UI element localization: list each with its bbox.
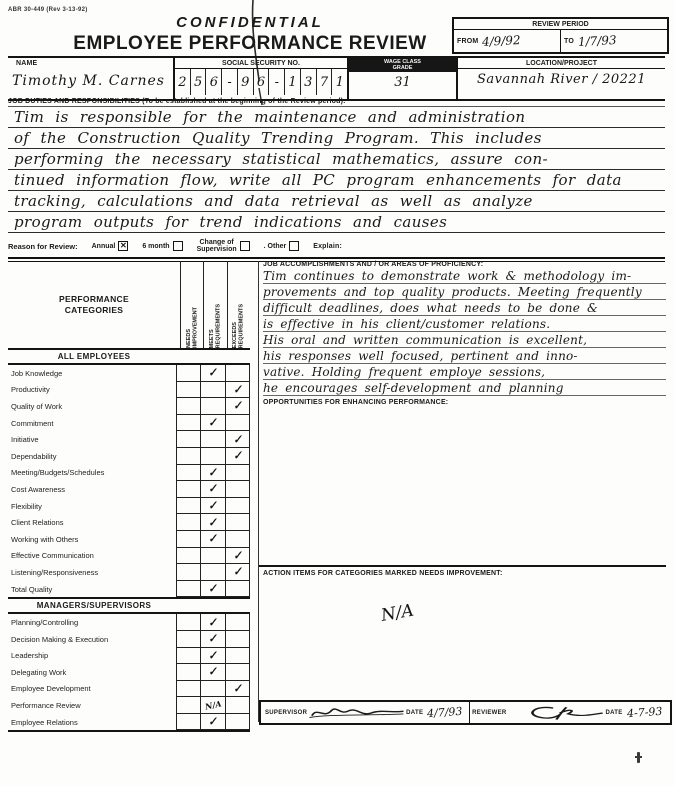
check-cell[interactable]: ✓ bbox=[200, 365, 224, 382]
check-cell[interactable]: ✓ bbox=[225, 398, 250, 415]
ssn-digit-box[interactable]: - bbox=[268, 69, 284, 95]
ssn-digit-box[interactable]: 7 bbox=[316, 69, 332, 95]
table-row: Planning/Controlling✓ bbox=[8, 614, 250, 631]
row-label: Client Relations bbox=[8, 514, 176, 531]
table-row: Job Knowledge✓ bbox=[8, 365, 250, 382]
check-cell[interactable]: ✓ bbox=[225, 431, 250, 448]
row-cells: ✓ bbox=[176, 514, 250, 531]
row-label: Cost Awareness bbox=[8, 481, 176, 498]
check-mark: ✓ bbox=[232, 565, 243, 579]
reason-option-label: . Other bbox=[264, 243, 287, 250]
row-cells: ✓ bbox=[176, 564, 250, 581]
reason-option-label: Change of Supervision bbox=[197, 239, 237, 253]
reason-checkbox[interactable] bbox=[240, 241, 250, 251]
check-mark: ✓ bbox=[208, 366, 219, 380]
reason-for-review-row: Reason for Review: Annual✕6 monthChange … bbox=[8, 236, 665, 256]
location-label: LOCATION/PROJECT bbox=[458, 58, 665, 69]
handwriting-line: His oral and written communication is ex… bbox=[263, 332, 666, 348]
reason-option-label: Annual bbox=[92, 243, 116, 250]
job-duties-section: JOB DUTIES AND RESPONSIBILITIES (To be e… bbox=[8, 98, 665, 233]
row-label: Listening/Responsiveness bbox=[8, 564, 176, 581]
row-cells: ✓ bbox=[176, 382, 250, 399]
check-mark: N/A bbox=[204, 698, 222, 711]
check-cell[interactable] bbox=[200, 564, 224, 581]
rating-column-header: EXCEEDS REQUIREMENTS bbox=[227, 261, 250, 348]
check-mark: ✓ bbox=[208, 648, 219, 662]
check-mark: ✓ bbox=[208, 615, 219, 629]
check-cell[interactable] bbox=[225, 531, 250, 548]
check-cell[interactable] bbox=[200, 548, 224, 565]
table-row: Decision Making & Execution✓ bbox=[8, 631, 250, 648]
identity-row: NAME Timothy M. Carnes SOCIAL SECURITY N… bbox=[8, 56, 665, 101]
row-label: Decision Making & Execution bbox=[8, 631, 176, 648]
check-cell[interactable] bbox=[176, 581, 200, 598]
rating-column-header-text: MEETS REQUIREMENTS bbox=[209, 302, 222, 348]
check-cell[interactable] bbox=[176, 714, 200, 731]
handwriting-line: vative. Holding frequent employe session… bbox=[263, 364, 666, 380]
check-cell[interactable] bbox=[225, 614, 250, 631]
row-label: Total Quality bbox=[8, 581, 176, 598]
table-row: Flexibility✓ bbox=[8, 498, 250, 515]
handwriting-line: program outputs for trend indications an… bbox=[8, 212, 665, 233]
name-label: NAME bbox=[16, 60, 37, 67]
check-cell[interactable]: ✓ bbox=[225, 681, 250, 698]
job-duties-label: JOB DUTIES AND RESPONSIBILITIES (To be e… bbox=[8, 98, 665, 107]
row-cells: ✓ bbox=[176, 365, 250, 382]
section-band: ALL EMPLOYEES bbox=[8, 348, 250, 365]
handwriting-line: provements and top quality products. Mee… bbox=[263, 284, 666, 300]
check-cell[interactable]: ✓ bbox=[200, 714, 224, 731]
name-value: Timothy M. Carnes bbox=[12, 73, 165, 89]
ssn-digit-box[interactable]: 6 bbox=[253, 69, 269, 95]
table-row: Initiative✓ bbox=[8, 431, 250, 448]
grade-field[interactable]: WAGE CLASS GRADE 31 bbox=[347, 58, 456, 99]
table-row: Effective Communication✓ bbox=[8, 548, 250, 565]
row-cells: ✓ bbox=[176, 614, 250, 631]
check-cell[interactable] bbox=[225, 514, 250, 531]
right-panel: JOB ACCOMPLISHMENTS AND / OR AREAS OF PR… bbox=[258, 261, 666, 722]
check-cell[interactable] bbox=[176, 614, 200, 631]
reason-option: Annual✕ bbox=[92, 241, 129, 251]
check-cell[interactable] bbox=[176, 697, 200, 714]
row-label: Delegating Work bbox=[8, 664, 176, 681]
check-mark: ✓ bbox=[232, 548, 243, 562]
supervisor-date-label: DATE bbox=[406, 710, 423, 716]
handwriting-line: difficult deadlines, does what needs to … bbox=[263, 300, 666, 316]
handwriting-line: Tim continues to demonstrate work & meth… bbox=[263, 268, 666, 284]
check-cell[interactable] bbox=[225, 415, 250, 432]
check-cell[interactable] bbox=[176, 481, 200, 498]
review-period-box: REVIEW PERIOD FROM 4/9/92 TO 1/7/93 bbox=[452, 17, 669, 54]
table-row: Performance ReviewN/A bbox=[8, 697, 250, 714]
row-cells: ✓ bbox=[176, 498, 250, 515]
check-cell[interactable] bbox=[176, 431, 200, 448]
check-cell[interactable]: ✓ bbox=[200, 481, 224, 498]
check-cell[interactable]: ✓ bbox=[200, 664, 224, 681]
review-period-to: TO 1/7/93 bbox=[560, 30, 667, 52]
check-cell[interactable]: ✓ bbox=[225, 382, 250, 399]
table-row: Employee Relations✓ bbox=[8, 714, 250, 731]
action-items-label: ACTION ITEMS FOR CATEGORIES MARKED NEEDS… bbox=[263, 570, 666, 577]
reason-checkbox[interactable] bbox=[173, 241, 183, 251]
check-cell[interactable] bbox=[176, 382, 200, 399]
check-mark: ✓ bbox=[208, 665, 219, 679]
check-cell[interactable]: ✓ bbox=[200, 581, 224, 598]
check-cell[interactable] bbox=[176, 398, 200, 415]
check-mark: ✓ bbox=[232, 382, 243, 396]
check-cell[interactable]: ✓ bbox=[200, 514, 224, 531]
check-cell[interactable] bbox=[176, 664, 200, 681]
row-label: Initiative bbox=[8, 431, 176, 448]
check-cell[interactable]: ✓ bbox=[200, 631, 224, 648]
check-cell[interactable] bbox=[176, 514, 200, 531]
section-band: MANAGERS/SUPERVISORS bbox=[8, 597, 250, 614]
ssn-digit-box[interactable]: 1 bbox=[284, 69, 300, 95]
table-row: Client Relations✓ bbox=[8, 514, 250, 531]
check-cell[interactable] bbox=[225, 648, 250, 665]
table-row: Cost Awareness✓ bbox=[8, 481, 250, 498]
form-number: ABR 30-449 (Rev 3-13-92) bbox=[8, 7, 88, 13]
name-field[interactable]: NAME Timothy M. Carnes bbox=[8, 58, 173, 99]
row-cells: ✓ bbox=[176, 465, 250, 482]
row-cells: N/A bbox=[176, 697, 250, 714]
check-mark: ✓ bbox=[208, 415, 219, 429]
title-block: CONFIDENTIAL EMPLOYEE PERFORMANCE REVIEW bbox=[55, 14, 445, 55]
explain-label: Explain: bbox=[313, 243, 342, 250]
check-cell[interactable]: ✓ bbox=[225, 448, 250, 465]
row-cells: ✓ bbox=[176, 398, 250, 415]
row-label: Quality of Work bbox=[8, 398, 176, 415]
table-row: Employee Development✓ bbox=[8, 681, 250, 698]
check-mark: ✓ bbox=[232, 432, 243, 446]
check-cell[interactable]: ✓ bbox=[200, 498, 224, 515]
check-cell[interactable]: ✓ bbox=[200, 465, 224, 482]
reason-option: Change of Supervision bbox=[197, 239, 250, 253]
check-cell[interactable] bbox=[225, 664, 250, 681]
check-cell[interactable] bbox=[176, 531, 200, 548]
check-cell[interactable] bbox=[176, 681, 200, 698]
performance-categories-table: PERFORMANCE CATEGORIES NEEDS IMPROVEMENT… bbox=[8, 261, 250, 732]
handwriting-line: his responses well focused, pertinent an… bbox=[263, 348, 666, 364]
check-cell[interactable] bbox=[225, 714, 250, 731]
check-cell[interactable]: ✓ bbox=[200, 614, 224, 631]
row-cells: ✓ bbox=[176, 648, 250, 665]
check-cell[interactable] bbox=[176, 564, 200, 581]
rating-column-header-text: NEEDS IMPROVEMENT bbox=[186, 305, 199, 348]
ssn-digit-box[interactable]: - bbox=[221, 69, 237, 95]
scan-artifact bbox=[637, 752, 640, 763]
row-cells: ✓ bbox=[176, 714, 250, 731]
row-cells: ✓ bbox=[176, 415, 250, 432]
review-period-from: FROM 4/9/92 bbox=[454, 30, 560, 52]
reason-label: Reason for Review: bbox=[8, 242, 78, 251]
handwriting-line: tracking, calculations and data retrieva… bbox=[8, 191, 665, 212]
table-row: Productivity✓ bbox=[8, 382, 250, 399]
check-cell[interactable] bbox=[176, 631, 200, 648]
row-label: Commitment bbox=[8, 415, 176, 432]
handwriting-line: tinued information flow, write all PC pr… bbox=[8, 170, 665, 191]
row-cells: ✓ bbox=[176, 448, 250, 465]
table-header: PERFORMANCE CATEGORIES NEEDS IMPROVEMENT… bbox=[8, 261, 250, 348]
check-mark: ✓ bbox=[208, 632, 219, 646]
check-mark: ✓ bbox=[208, 465, 219, 479]
opportunities-section[interactable]: OPPORTUNITIES FOR ENHANCING PERFORMANCE: bbox=[259, 396, 666, 567]
check-cell[interactable] bbox=[200, 431, 224, 448]
check-cell[interactable] bbox=[225, 581, 250, 598]
ssn-label: SOCIAL SECURITY NO. bbox=[175, 58, 347, 69]
row-label: Dependability bbox=[8, 448, 176, 465]
table-row: Quality of Work✓ bbox=[8, 398, 250, 415]
grade-value: 31 bbox=[349, 75, 456, 90]
row-label: Performance Review bbox=[8, 697, 176, 714]
accomplishments-section: JOB ACCOMPLISHMENTS AND / OR AREAS OF PR… bbox=[259, 261, 666, 396]
check-cell[interactable] bbox=[176, 498, 200, 515]
performance-review-form: ABR 30-449 (Rev 3-13-92) CONFIDENTIAL EM… bbox=[0, 0, 675, 786]
table-row: Commitment✓ bbox=[8, 415, 250, 432]
row-cells: ✓ bbox=[176, 481, 250, 498]
row-cells: ✓ bbox=[176, 548, 250, 565]
check-cell[interactable] bbox=[176, 548, 200, 565]
handwriting-line: is effective in his client/customer rela… bbox=[263, 316, 666, 332]
check-cell[interactable] bbox=[225, 481, 250, 498]
row-label: Employee Development bbox=[8, 681, 176, 698]
reviewer-date-value[interactable]: 4-7-93 bbox=[626, 705, 662, 720]
reason-option-label: 6 month bbox=[142, 243, 169, 250]
rating-column-header: NEEDS IMPROVEMENT bbox=[180, 261, 203, 348]
handwriting-line: performing the necessary statistical mat… bbox=[8, 149, 665, 170]
row-label: Meeting/Budgets/Schedules bbox=[8, 465, 176, 482]
check-mark: ✓ bbox=[232, 449, 243, 463]
opportunities-label: OPPORTUNITIES FOR ENHANCING PERFORMANCE: bbox=[263, 399, 666, 406]
row-cells: ✓ bbox=[176, 581, 250, 598]
check-cell[interactable] bbox=[176, 365, 200, 382]
to-date-value[interactable]: 1/7/93 bbox=[578, 33, 617, 49]
ssn-digit-box[interactable]: 1 bbox=[331, 69, 347, 95]
location-value: Savannah River / 20221 bbox=[458, 72, 665, 87]
grade-label: WAGE CLASS GRADE bbox=[349, 58, 456, 72]
review-period-label: REVIEW PERIOD bbox=[454, 19, 667, 30]
handwriting-line: Tim is responsible for the maintenance a… bbox=[8, 107, 665, 128]
reviewer-label: REVIEWER bbox=[472, 710, 506, 716]
check-cell[interactable]: ✓ bbox=[225, 564, 250, 581]
action-items-value: N/A bbox=[380, 600, 419, 626]
table-row: Listening/Responsiveness✓ bbox=[8, 564, 250, 581]
check-cell[interactable]: ✓ bbox=[200, 648, 224, 665]
rating-column-headers: NEEDS IMPROVEMENTMEETS REQUIREMENTSEXCEE… bbox=[180, 261, 250, 348]
from-label: FROM bbox=[457, 38, 478, 45]
check-mark: ✓ bbox=[208, 581, 219, 595]
table-row: Working with Others✓ bbox=[8, 531, 250, 548]
row-label: Effective Communication bbox=[8, 548, 176, 565]
grade-label-line2: GRADE bbox=[393, 65, 413, 71]
reviewer-signature[interactable] bbox=[507, 704, 606, 722]
signature-bar: SUPERVISOR DATE 4/7/93 REVIEWER DATE 4-7… bbox=[259, 700, 672, 725]
check-cell[interactable] bbox=[225, 465, 250, 482]
ssn-digit-box[interactable]: 3 bbox=[300, 69, 316, 95]
check-cell[interactable] bbox=[176, 648, 200, 665]
ssn-field[interactable]: SOCIAL SECURITY NO. 256-96-1371 bbox=[173, 58, 347, 99]
check-cell[interactable] bbox=[200, 382, 224, 399]
row-label: Employee Relations bbox=[8, 714, 176, 731]
job-duties-text[interactable]: Tim is responsible for the maintenance a… bbox=[8, 107, 665, 233]
ssn-digit-box[interactable]: 5 bbox=[190, 69, 206, 95]
check-mark: ✓ bbox=[208, 482, 219, 496]
check-mark: ✓ bbox=[232, 681, 243, 695]
location-field[interactable]: LOCATION/PROJECT Savannah River / 20221 bbox=[456, 58, 665, 99]
handwriting-line: of the Construction Quality Trending Pro… bbox=[8, 128, 665, 149]
ssn-boxes: 256-96-1371 bbox=[175, 69, 347, 95]
performance-categories-label: PERFORMANCE CATEGORIES bbox=[8, 261, 180, 348]
to-label: TO bbox=[564, 38, 574, 45]
table-row: Leadership✓ bbox=[8, 648, 250, 665]
check-cell[interactable] bbox=[225, 365, 250, 382]
table-row: Dependability✓ bbox=[8, 448, 250, 465]
supervisor-date-value[interactable]: 4/7/93 bbox=[427, 705, 463, 720]
accomplishments-text[interactable]: Tim continues to demonstrate work & meth… bbox=[263, 268, 666, 396]
reason-option: . Other bbox=[264, 241, 300, 251]
rating-column-header: MEETS REQUIREMENTS bbox=[203, 261, 226, 348]
check-cell[interactable] bbox=[176, 448, 200, 465]
reason-checkbox[interactable]: ✕ bbox=[118, 241, 128, 251]
check-mark: ✓ bbox=[208, 498, 219, 512]
handwriting-line: he encourages self-development and plann… bbox=[263, 380, 666, 396]
row-label: Job Knowledge bbox=[8, 365, 176, 382]
check-mark: ✓ bbox=[232, 399, 243, 413]
rating-column-header-text: EXCEEDS REQUIREMENTS bbox=[232, 302, 245, 348]
check-cell[interactable] bbox=[225, 498, 250, 515]
check-cell[interactable] bbox=[225, 631, 250, 648]
reason-option: 6 month bbox=[142, 241, 182, 251]
check-cell[interactable] bbox=[176, 415, 200, 432]
confidential-label: CONFIDENTIAL bbox=[55, 14, 445, 31]
check-cell[interactable] bbox=[225, 697, 250, 714]
check-cell[interactable] bbox=[176, 465, 200, 482]
row-label: Productivity bbox=[8, 382, 176, 399]
row-label: Flexibility bbox=[8, 498, 176, 515]
accomplishments-label: JOB ACCOMPLISHMENTS AND / OR AREAS OF PR… bbox=[263, 261, 666, 268]
row-cells: ✓ bbox=[176, 681, 250, 698]
supervisor-signature[interactable] bbox=[307, 704, 406, 722]
row-label: Working with Others bbox=[8, 531, 176, 548]
signature-divider bbox=[469, 702, 471, 723]
ssn-digit-box[interactable]: 6 bbox=[205, 69, 221, 95]
table-row: Meeting/Budgets/Schedules✓ bbox=[8, 465, 250, 482]
check-cell[interactable] bbox=[200, 448, 224, 465]
check-cell[interactable]: ✓ bbox=[200, 531, 224, 548]
check-mark: ✓ bbox=[208, 515, 219, 529]
from-date-value[interactable]: 4/9/92 bbox=[482, 33, 521, 49]
check-cell[interactable] bbox=[200, 398, 224, 415]
row-cells: ✓ bbox=[176, 664, 250, 681]
row-cells: ✓ bbox=[176, 431, 250, 448]
check-cell[interactable]: ✓ bbox=[200, 415, 224, 432]
row-cells: ✓ bbox=[176, 531, 250, 548]
page-title: EMPLOYEE PERFORMANCE REVIEW bbox=[55, 33, 445, 55]
ssn-digit-box[interactable]: 9 bbox=[237, 69, 253, 95]
row-cells: ✓ bbox=[176, 631, 250, 648]
reviewer-date-label: DATE bbox=[605, 710, 622, 716]
supervisor-label: SUPERVISOR bbox=[265, 710, 307, 716]
row-label: Leadership bbox=[8, 648, 176, 665]
check-cell[interactable] bbox=[200, 681, 224, 698]
check-cell[interactable]: ✓ bbox=[225, 548, 250, 565]
action-items-section[interactable]: ACTION ITEMS FOR CATEGORIES MARKED NEEDS… bbox=[259, 567, 666, 698]
check-cell[interactable]: N/A bbox=[200, 697, 224, 714]
ssn-digit-box[interactable]: 2 bbox=[175, 69, 190, 95]
check-mark: ✓ bbox=[208, 532, 219, 546]
table-row: Total Quality✓ bbox=[8, 581, 250, 598]
check-mark: ✓ bbox=[208, 715, 219, 729]
table-body: ALL EMPLOYEESJob Knowledge✓Productivity✓… bbox=[8, 348, 250, 732]
reason-checkbox[interactable] bbox=[289, 241, 299, 251]
table-row: Delegating Work✓ bbox=[8, 664, 250, 681]
row-label: Planning/Controlling bbox=[8, 614, 176, 631]
